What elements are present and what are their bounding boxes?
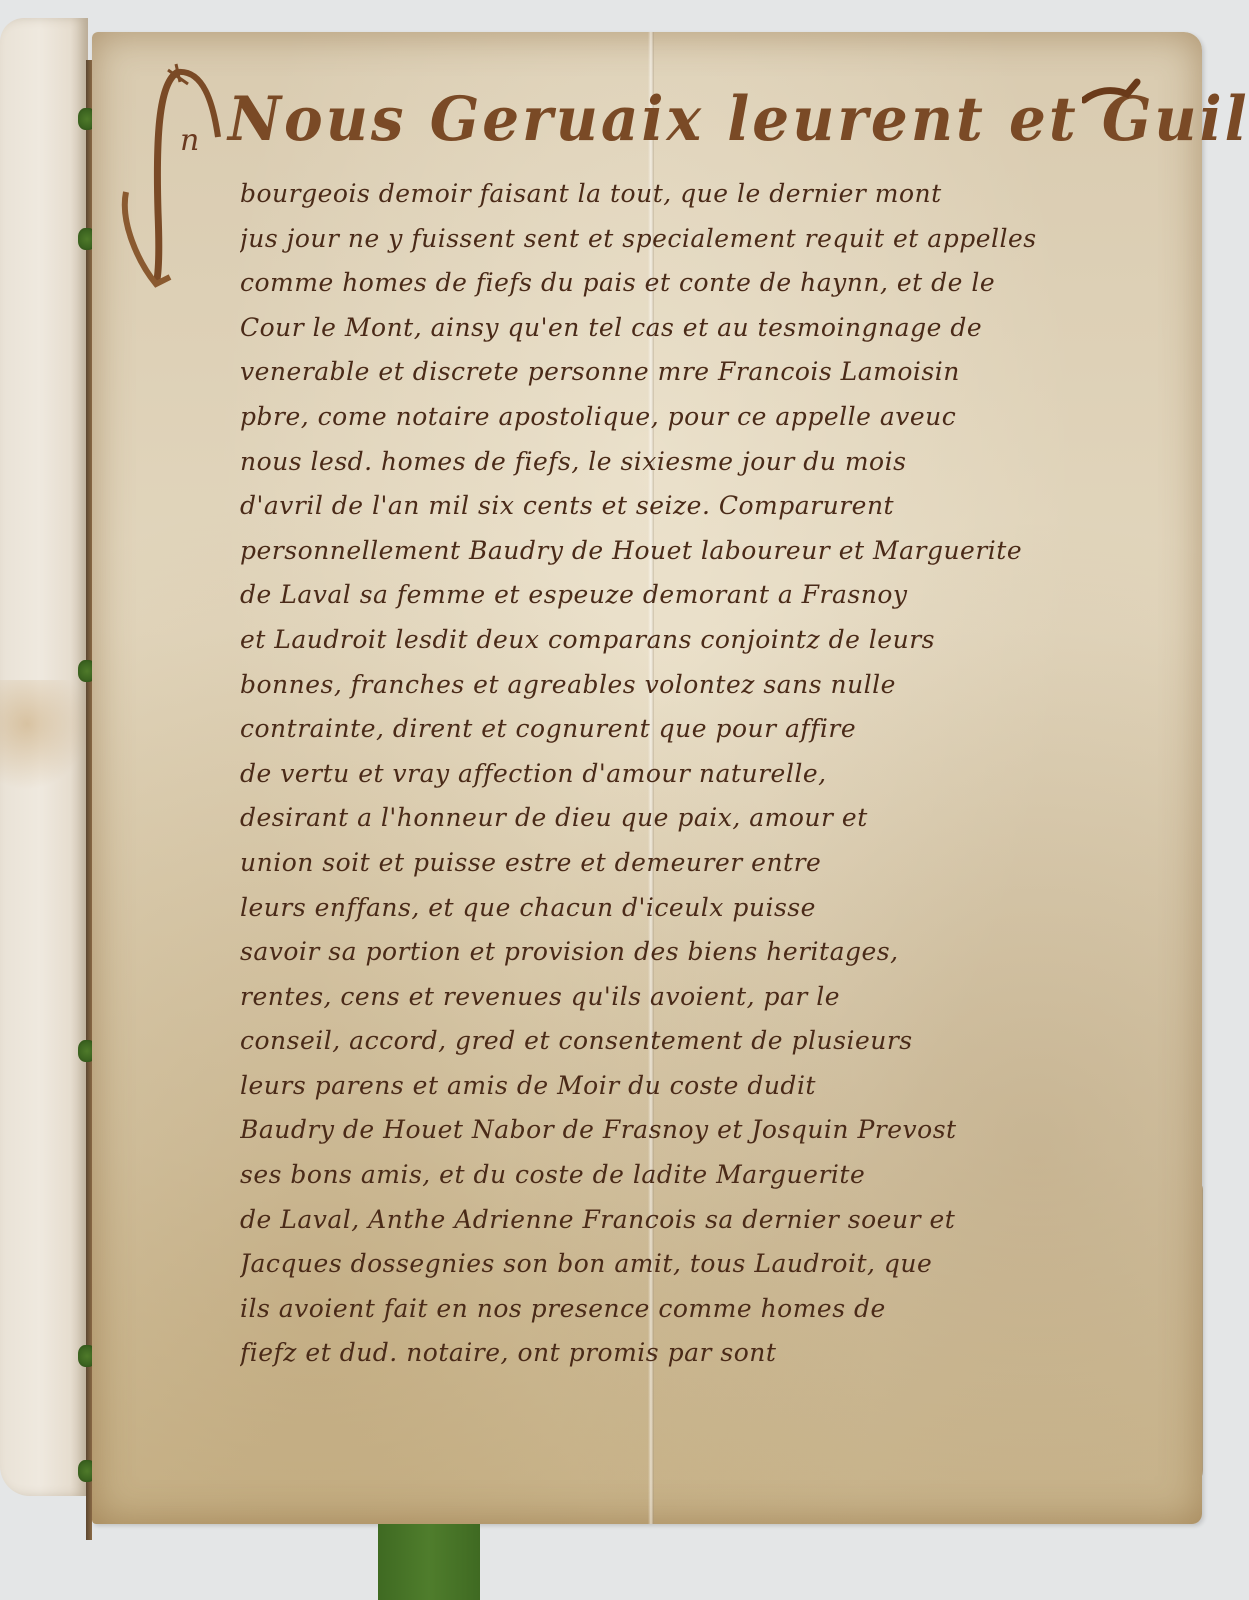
manuscript-line: conseil, accord, gred et consentement de… (240, 1019, 1140, 1064)
manuscript-line: jus jour ne y fuissent sent et specialem… (240, 217, 1140, 262)
ink-flourish-icon (1082, 78, 1142, 108)
manuscript-line: de Laval sa femme et espeuze demorant a … (240, 573, 1140, 618)
manuscript-line: Cour le Mont, ainsy qu'en tel cas et au … (240, 306, 1140, 351)
manuscript-line: rentes, cens et revenues qu'ils avoient,… (240, 975, 1140, 1020)
manuscript-line: d'avril de l'an mil six cents et seize. … (240, 484, 1140, 529)
manuscript-line: Jacques dossegnies son bon amit, tous La… (240, 1242, 1140, 1287)
manuscript-line: et Laudroit lesdit deux comparans conjoi… (240, 618, 1140, 663)
manuscript-line: union soit et puisse estre et demeurer e… (240, 841, 1140, 886)
decorated-initial-icon: n (118, 62, 228, 292)
manuscript-line: leurs enffans, et que chacun d'iceulx pu… (240, 886, 1140, 931)
manuscript-line: personnellement Baudry de Houet laboureu… (240, 529, 1140, 574)
manuscript-body: bourgeois demoir faisant la tout, que le… (240, 172, 1140, 1376)
manuscript-line: de vertu et vray affection d'amour natur… (240, 752, 1140, 797)
green-bookmark-ribbon (378, 1524, 480, 1600)
manuscript-line: contrainte, dirent et cognurent que pour… (240, 707, 1140, 752)
manuscript-line: Baudry de Houet Nabor de Frasnoy et Josq… (240, 1108, 1140, 1153)
manuscript-line: savoir sa portion et provision des biens… (240, 930, 1140, 975)
manuscript-line: desirant a l'honneur de dieu que paix, a… (240, 796, 1140, 841)
manuscript-line: comme homes de fiefs du pais et conte de… (240, 261, 1140, 306)
manuscript-line: bourgeois demoir faisant la tout, que le… (240, 172, 1140, 217)
manuscript-line: bonnes, franches et agreables volontez s… (240, 663, 1140, 708)
manuscript-line: de Laval, Anthe Adrienne Francois sa der… (240, 1198, 1140, 1243)
manuscript-line: leurs parens et amis de Moir du coste du… (240, 1064, 1140, 1109)
manuscript-line: fiefz et dud. notaire, ont promis par so… (240, 1331, 1140, 1376)
manuscript-line: ses bons amis, et du coste de ladite Mar… (240, 1153, 1140, 1198)
manuscript-line: venerable et discrete personne mre Franc… (240, 350, 1140, 395)
manuscript-line: ils avoient fait en nos presence comme h… (240, 1287, 1140, 1332)
svg-text:n: n (180, 123, 199, 158)
manuscript-line: nous lesd. homes de fiefs, le sixiesme j… (240, 440, 1140, 485)
water-stain (0, 680, 90, 790)
document-heading: Nous Geruaix leurent et Guillae (228, 83, 1128, 154)
manuscript-line: pbre, come notaire apostolique, pour ce … (240, 395, 1140, 440)
